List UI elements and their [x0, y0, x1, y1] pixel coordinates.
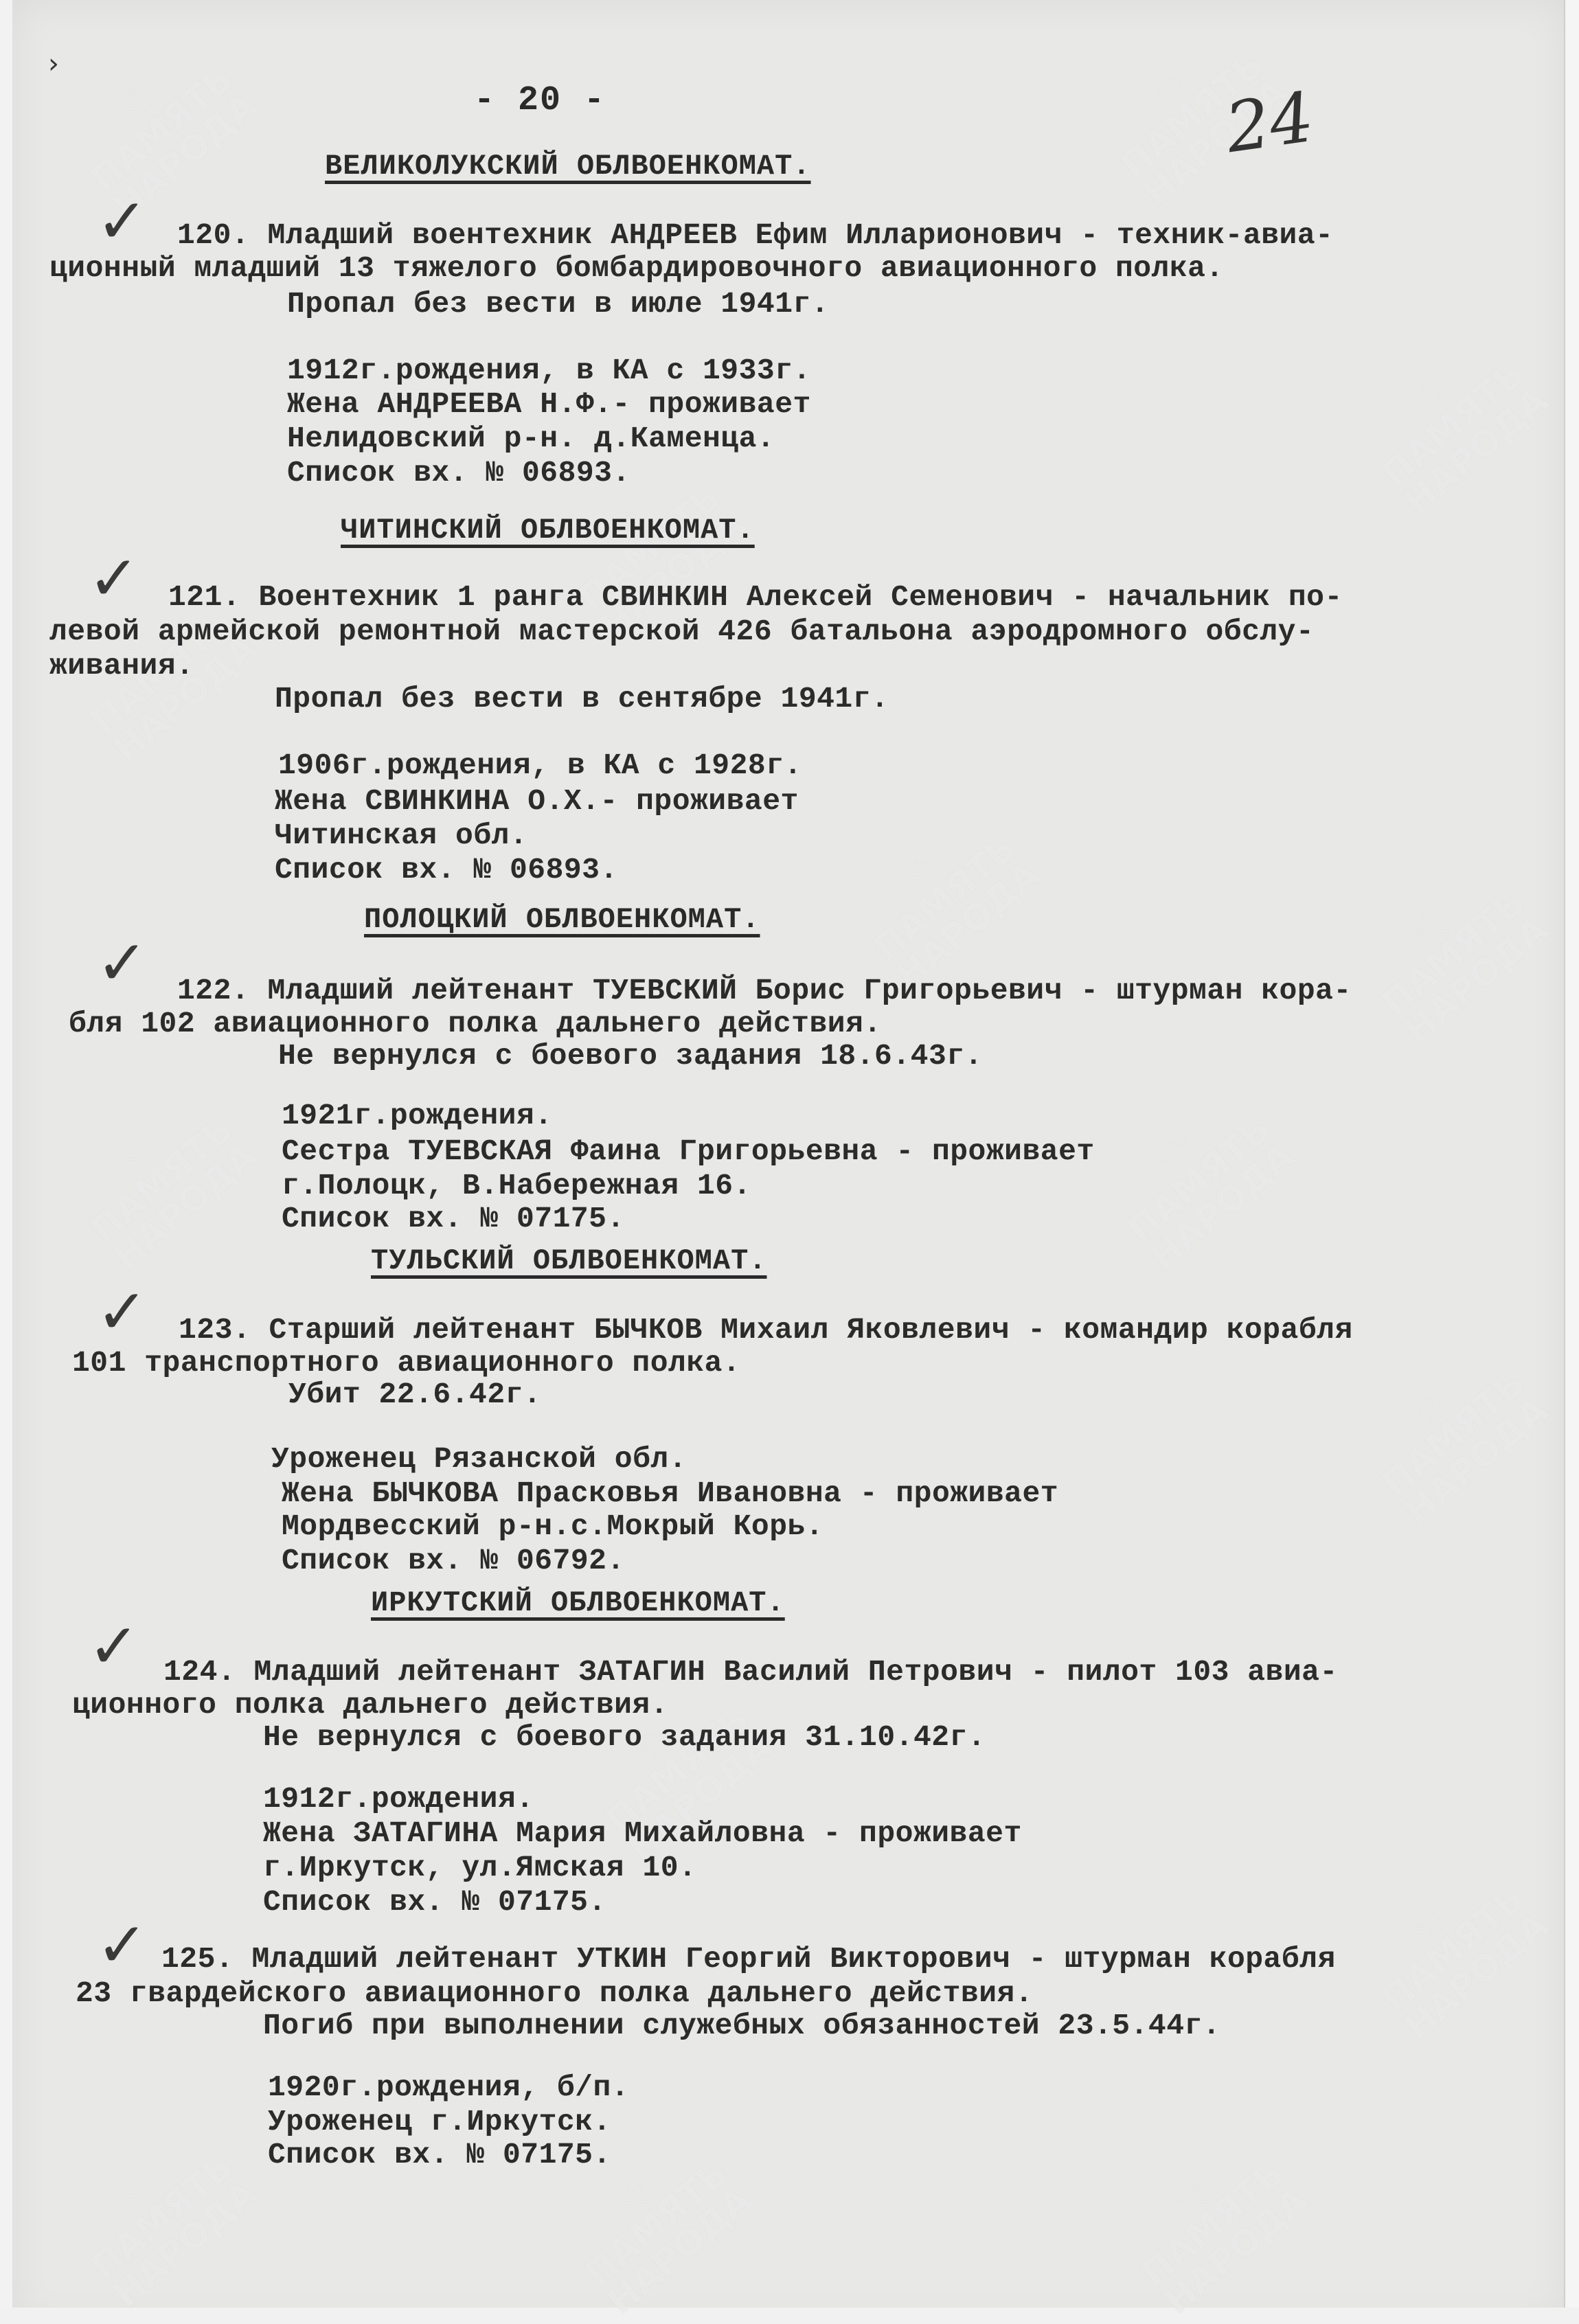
entry-detail: Мордвесский р-н.с.Мокрый Корь.	[282, 1510, 823, 1543]
entry-line: 120. Младший воентехник АНДРЕЕВ Ефим Илл…	[177, 218, 1333, 252]
page-number: - 20 -	[474, 81, 606, 120]
entry-detail: г.Полоцк, В.Набережная 16.	[282, 1169, 751, 1203]
entry-line: бля 102 авиационного полка дальнего дейс…	[69, 1007, 882, 1040]
entry-line: ционного полка дальнего действия.	[72, 1688, 668, 1722]
entry-status: Погиб при выполнении служебных обязаннос…	[263, 2009, 1220, 2042]
entry-line: левой армейской ремонтной мастерской 426…	[49, 615, 1314, 648]
entry-detail: Список вх. № 07175.	[282, 1202, 625, 1235]
check-mark-icon: ✓	[96, 1909, 148, 1981]
corner-mark: ›	[48, 48, 59, 80]
scan-edge-left	[0, 0, 12, 2324]
entry-detail: Уроженец г.Иркутск.	[268, 2105, 611, 2139]
section-heading: ПОЛОЦКИЙ ОБЛВОЕНКОМАТ.	[364, 903, 760, 936]
section-heading: ВЕЛИКОЛУКСКИЙ ОБЛВОЕНКОМАТ.	[325, 150, 811, 183]
check-mark-icon: ✓	[88, 543, 139, 615]
entry-line: 122. Младший лейтенант ТУЕВСКИЙ Борис Гр…	[177, 974, 1352, 1007]
entry-detail: 1920г.рождения, б/п.	[268, 2071, 629, 2104]
entry-detail: Список вх. № 06893.	[275, 853, 618, 887]
check-mark-icon: ✓	[96, 927, 148, 999]
entry-detail: 1912г.рождения.	[263, 1782, 534, 1816]
entry-detail: Уроженец Рязанской обл.	[271, 1442, 687, 1476]
section-heading: ИРКУТСКИЙ ОБЛВОЕНКОМАТ.	[371, 1586, 785, 1619]
entry-detail: Жена БЫЧКОВА Прасковья Ивановна - прожив…	[282, 1477, 1058, 1510]
entry-line: 125. Младший лейтенант УТКИН Георгий Вик…	[161, 1942, 1336, 1976]
entry-status: Не вернулся с боевого задания 31.10.42г.	[263, 1720, 986, 1754]
entry-detail: 1906г.рождения, в КА с 1928г.	[278, 749, 802, 782]
handwritten-sheet-number: 24	[1220, 77, 1318, 169]
entry-line: 123. Старший лейтенант БЫЧКОВ Михаил Яко…	[179, 1313, 1353, 1347]
check-mark-icon: ✓	[88, 1610, 139, 1683]
entry-detail: Сестра ТУЕВСКАЯ Фаина Григорьевна - прож…	[282, 1135, 1095, 1168]
section-heading: ЧИТИНСКИЙ ОБЛВОЕНКОМАТ.	[341, 514, 755, 547]
entry-line: 121. Воентехник 1 ранга СВИНКИН Алексей …	[168, 580, 1343, 614]
entry-detail: Список вх. № 07175.	[263, 1885, 606, 1919]
entry-detail: Список вх. № 07175.	[268, 2138, 611, 2172]
entry-line: 124. Младший лейтенант ЗАТАГИН Василий П…	[163, 1655, 1338, 1689]
entry-detail: Жена АНДРЕЕВА Н.Ф.- проживает	[287, 387, 811, 421]
entry-detail: Нелидовский р-н. д.Каменца.	[287, 422, 775, 455]
check-mark-icon: ✓	[96, 185, 148, 258]
entry-detail: Жена ЗАТАГИНА Мария Михайловна - прожива…	[263, 1816, 1022, 1850]
entry-detail: Список вх. № 06893.	[287, 456, 631, 490]
entry-status: Убит 22.6.42г.	[288, 1378, 541, 1411]
entry-detail: г.Иркутск, ул.Ямская 10.	[263, 1851, 696, 1884]
scan-edge-bottom	[0, 2308, 1579, 2324]
scan-edge-right	[1564, 0, 1579, 2324]
check-mark-icon: ✓	[96, 1276, 148, 1348]
entry-detail: 1912г.рождения, в КА с 1933г.	[287, 354, 811, 387]
entry-line: 23 гвардейского авиационного полка дальн…	[76, 1976, 1033, 2010]
entry-line: живания.	[49, 649, 194, 683]
entry-status: Пропал без вести в сентябре 1941г.	[275, 682, 889, 716]
entry-line: 101 транспортного авиационного полка.	[72, 1346, 740, 1380]
entry-detail: Читинская обл.	[275, 819, 527, 852]
section-heading: ТУЛЬСКИЙ ОБЛВОЕНКОМАТ.	[371, 1244, 767, 1277]
entry-status: Пропал без вести в июле 1941г.	[287, 287, 829, 321]
entry-detail: Список вх. № 06792.	[282, 1544, 625, 1577]
entry-line: ционный младший 13 тяжелого бомбардирово…	[49, 251, 1224, 285]
entry-detail: Жена СВИНКИНА О.Х.- проживает	[275, 784, 799, 818]
entry-status: Не вернулся с боевого задания 18.6.43г.	[278, 1039, 983, 1073]
entry-detail: 1921г.рождения.	[282, 1099, 553, 1132]
